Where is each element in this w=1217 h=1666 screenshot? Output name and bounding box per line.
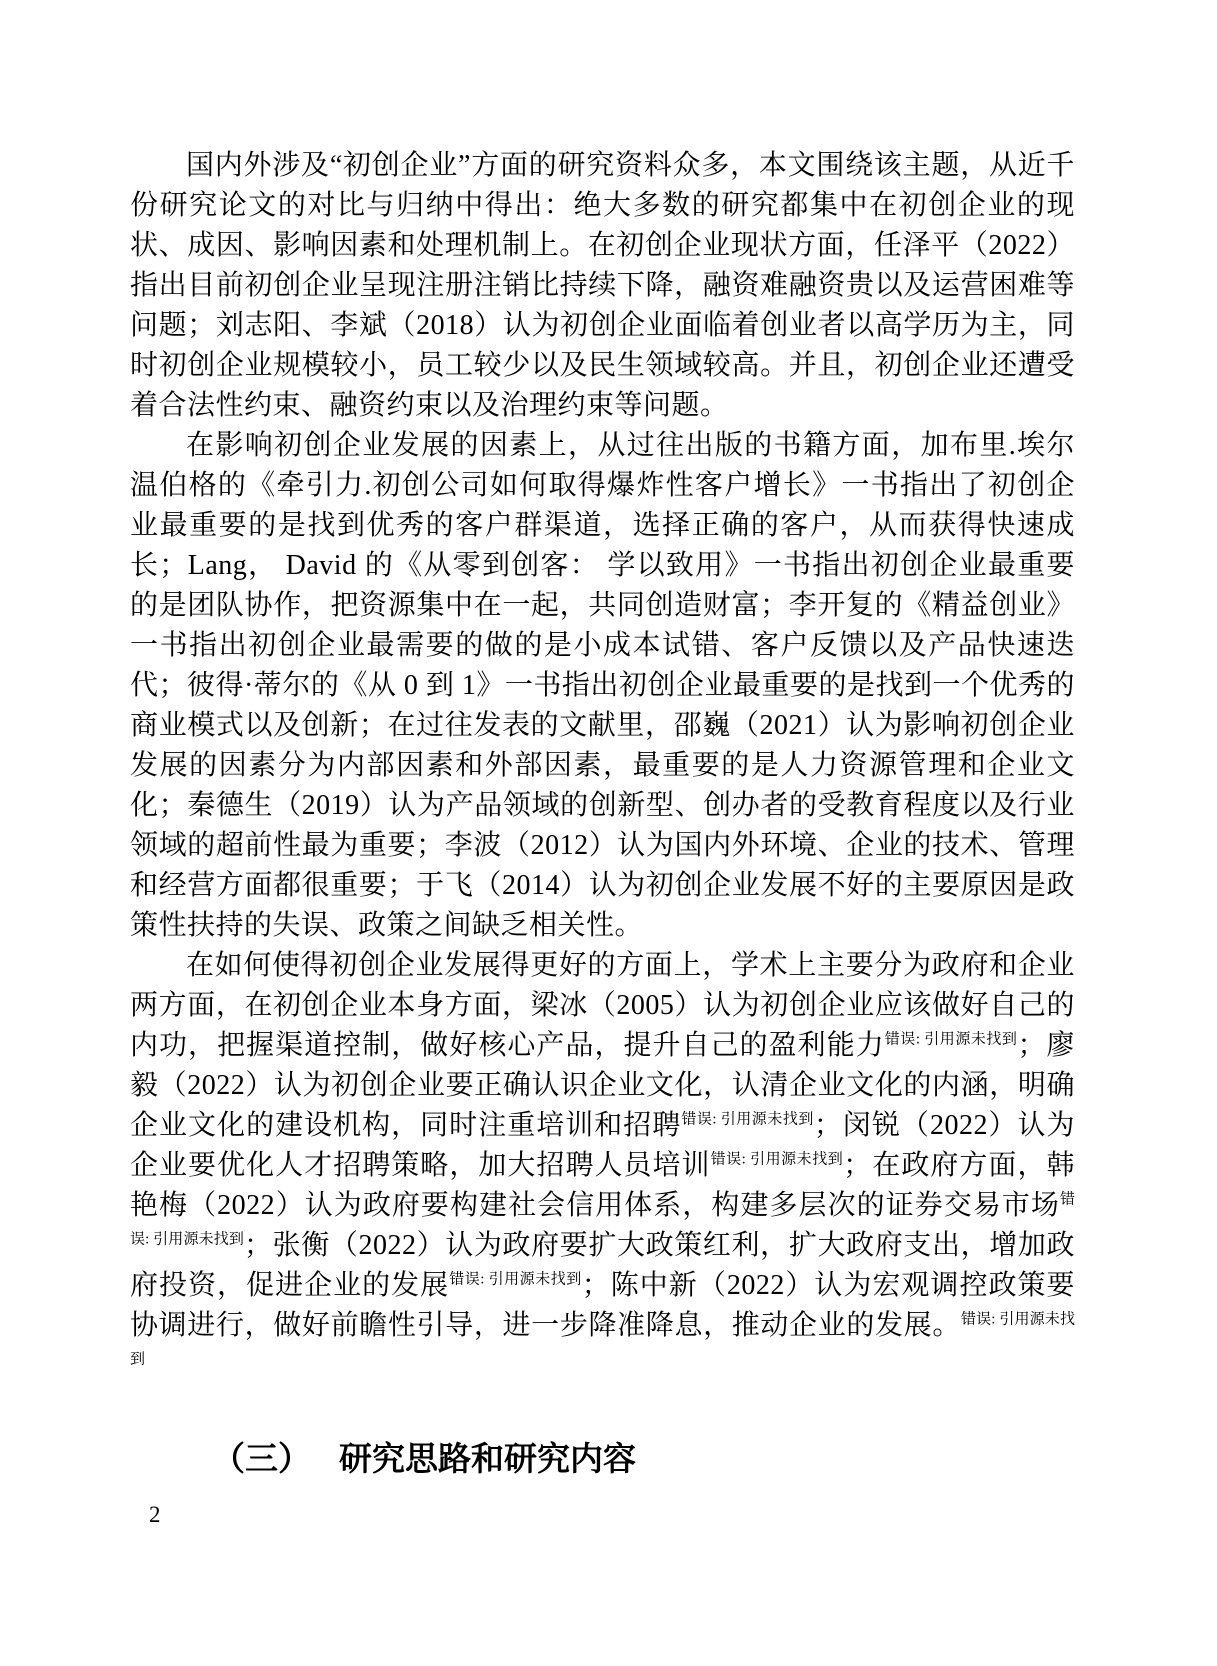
- paragraph-improvement-approaches: 在如何使得初创企业发展得更好的方面上，学术上主要分为政府和企业两方面，在初创企业…: [130, 946, 1075, 1386]
- document-page: 国内外涉及“初创企业”方面的研究资料众多，本文围绕该主题，从近千份研究论文的对比…: [0, 0, 1217, 1666]
- page-number: 2: [149, 1500, 161, 1530]
- section-heading-number: （三）: [212, 1440, 311, 1477]
- section-heading-title: 研究思路和研究内容: [339, 1440, 636, 1477]
- error-reference-superscript: 错误: 引用源未找到: [885, 1032, 1018, 1048]
- error-reference-superscript: 错误: 引用源未找到: [681, 1112, 814, 1128]
- paragraph-influencing-factors: 在影响初创企业发展的因素上，从过往出版的书籍方面，加布里.埃尔温伯格的《牵引力.…: [130, 426, 1075, 946]
- error-reference-superscript: 错误: 引用源未找到: [449, 1272, 582, 1288]
- section-heading: （三）研究思路和研究内容: [212, 1436, 1075, 1482]
- page-content: 国内外涉及“初创企业”方面的研究资料众多，本文围绕该主题，从近千份研究论文的对比…: [130, 146, 1075, 1482]
- paragraph-research-overview: 国内外涉及“初创企业”方面的研究资料众多，本文围绕该主题，从近千份研究论文的对比…: [130, 146, 1075, 426]
- error-reference-superscript: 错误: 引用源未找到: [711, 1152, 844, 1168]
